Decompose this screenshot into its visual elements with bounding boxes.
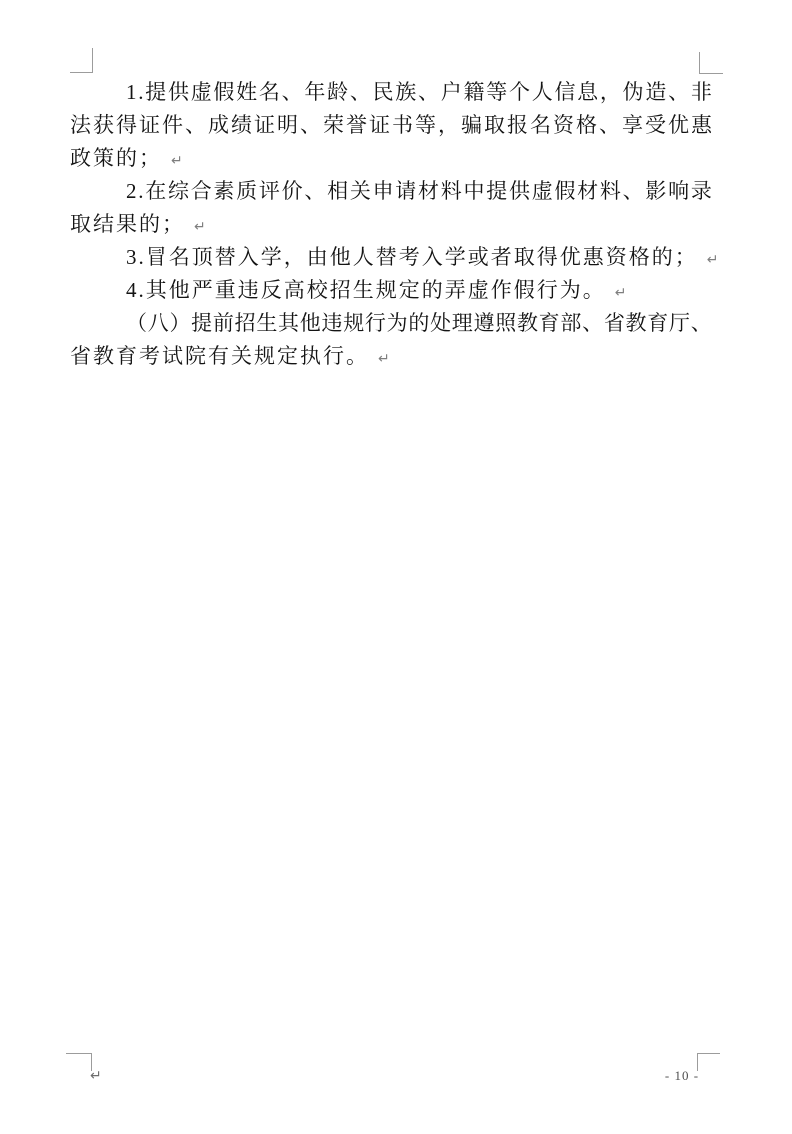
line-text: 政策的；: [70, 142, 162, 175]
document-line: 法获得证件、成绩证明、荣誉证书等，骗取报名资格、享受优惠: [70, 109, 712, 142]
document-line: 1.提供虚假姓名、年龄、民族、户籍等个人信息，伪造、非: [70, 76, 712, 109]
document-line: （八）提前招生其他违规行为的处理遵照教育部、省教育厅、: [70, 307, 712, 340]
line-text: 取结果的；: [70, 208, 185, 241]
paragraph-mark-icon: ↵: [194, 211, 206, 244]
document-line: 4.其他严重违反高校招生规定的弄虚作假行为。 ↵: [70, 274, 712, 307]
end-paragraph-mark-icon: ↵: [90, 1068, 102, 1084]
document-line: 取结果的； ↵: [70, 208, 712, 241]
document-body: 1.提供虚假姓名、年龄、民族、户籍等个人信息，伪造、非 法获得证件、成绩证明、荣…: [70, 76, 712, 373]
line-text: 省教育考试院有关规定执行。: [70, 340, 369, 373]
paragraph-mark-icon: ↵: [707, 244, 719, 277]
document-line: 3.冒名顶替入学，由他人替考入学或者取得优惠资格的； ↵: [70, 241, 712, 274]
document-line: 政策的； ↵: [70, 142, 712, 175]
crop-mark-top-left-icon: [70, 48, 93, 73]
line-text: 4.其他严重违反高校招生规定的弄虚作假行为。: [126, 274, 606, 307]
document-line: 省教育考试院有关规定执行。 ↵: [70, 340, 712, 373]
paragraph-mark-icon: ↵: [171, 145, 183, 178]
line-text: （八）提前招生其他违规行为的处理遵照教育部、省教育厅、: [126, 307, 712, 340]
line-text: 3.冒名顶替入学，由他人替考入学或者取得优惠资格的；: [126, 241, 698, 274]
crop-mark-bottom-left-icon: [66, 1053, 92, 1071]
paragraph-mark-icon: ↵: [378, 343, 390, 376]
paragraph-mark-icon: ↵: [615, 277, 627, 310]
line-text: 法获得证件、成绩证明、荣誉证书等，骗取报名资格、享受优惠: [70, 109, 712, 142]
line-text: 2.在综合素质评价、相关申请材料中提供虚假材料、影响录: [126, 175, 712, 208]
page-number: - 10 -: [661, 1068, 703, 1084]
line-text: 1.提供虚假姓名、年龄、民族、户籍等个人信息，伪造、非: [126, 76, 712, 109]
crop-mark-top-right-icon: [699, 52, 723, 74]
document-line: 2.在综合素质评价、相关申请材料中提供虚假材料、影响录: [70, 175, 712, 208]
document-page: 1.提供虚假姓名、年龄、民族、户籍等个人信息，伪造、非 法获得证件、成绩证明、荣…: [0, 0, 792, 1134]
